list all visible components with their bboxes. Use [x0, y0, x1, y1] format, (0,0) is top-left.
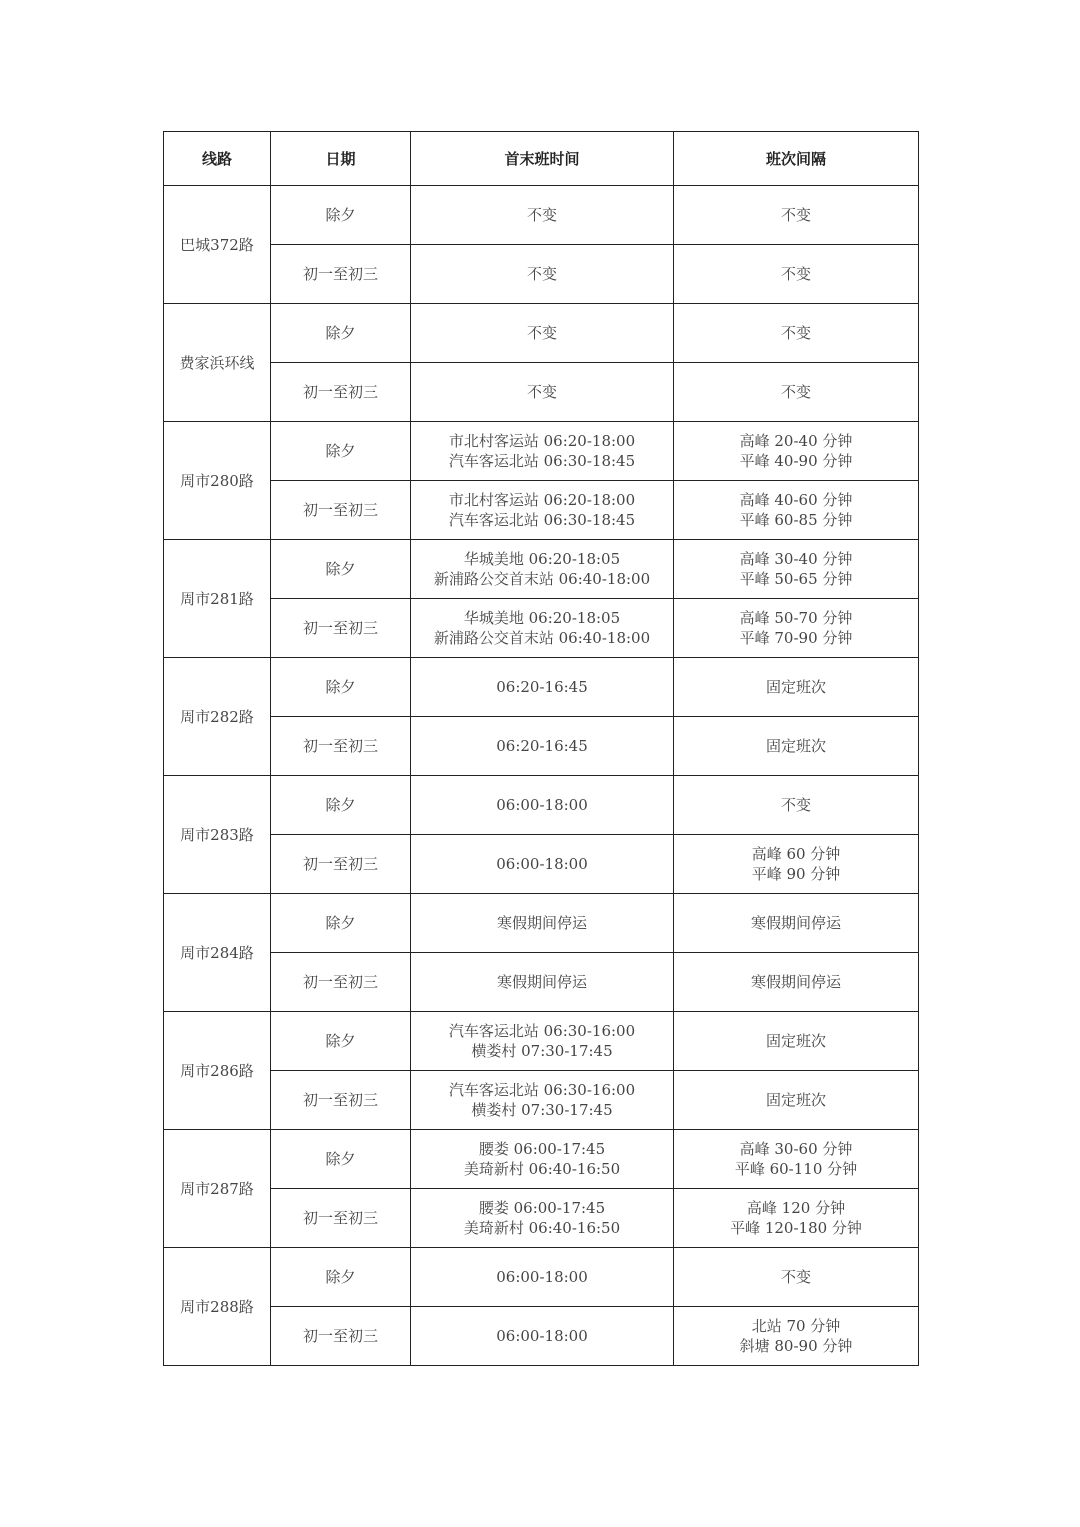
interval-line: 北站 70 分钟: [674, 1316, 918, 1336]
time-line: 不变: [411, 205, 673, 225]
interval-cell: 不变: [674, 304, 919, 363]
time-line: 市北村客运站 06:20-18:00: [411, 490, 673, 510]
time-line: 汽车客运北站 06:30-18:45: [411, 451, 673, 471]
interval-cell: 高峰 50-70 分钟平峰 70-90 分钟: [674, 599, 919, 658]
date-cell: 除夕: [271, 1012, 411, 1071]
table-row: 初一至初三不变不变: [164, 245, 919, 304]
table-row: 周市281路除夕华城美地 06:20-18:05新浦路公交首末站 06:40-1…: [164, 540, 919, 599]
time-line: 06:00-18:00: [411, 1326, 673, 1346]
first-last-time-cell: 华城美地 06:20-18:05新浦路公交首末站 06:40-18:00: [411, 599, 674, 658]
time-line: 横娄村 07:30-17:45: [411, 1041, 673, 1061]
time-line: 汽车客运北站 06:30-18:45: [411, 510, 673, 530]
first-last-time-cell: 不变: [411, 304, 674, 363]
table-row: 初一至初三汽车客运北站 06:30-16:00横娄村 07:30-17:45固定…: [164, 1071, 919, 1130]
interval-line: 固定班次: [674, 736, 918, 756]
interval-cell: 固定班次: [674, 658, 919, 717]
interval-cell: 高峰 30-40 分钟平峰 50-65 分钟: [674, 540, 919, 599]
interval-line: 平峰 70-90 分钟: [674, 628, 918, 648]
date-cell: 除夕: [271, 186, 411, 245]
time-line: 华城美地 06:20-18:05: [411, 549, 673, 569]
first-last-time-cell: 腰娄 06:00-17:45美琦新村 06:40-16:50: [411, 1130, 674, 1189]
interval-cell: 不变: [674, 245, 919, 304]
first-last-time-cell: 06:20-16:45: [411, 658, 674, 717]
route-name-cell: 周市288路: [164, 1248, 271, 1366]
interval-line: 斜塘 80-90 分钟: [674, 1336, 918, 1356]
time-line: 腰娄 06:00-17:45: [411, 1198, 673, 1218]
date-cell: 初一至初三: [271, 717, 411, 776]
table-row: 周市280路除夕市北村客运站 06:20-18:00汽车客运北站 06:30-1…: [164, 422, 919, 481]
date-cell: 初一至初三: [271, 1189, 411, 1248]
date-cell: 除夕: [271, 1248, 411, 1307]
table-row: 初一至初三寒假期间停运寒假期间停运: [164, 953, 919, 1012]
time-line: 寒假期间停运: [411, 972, 673, 992]
bus-schedule-table: 线路 日期 首末班时间 班次间隔 巴城372路除夕不变不变初一至初三不变不变费家…: [163, 131, 919, 1366]
time-line: 新浦路公交首末站 06:40-18:00: [411, 569, 673, 589]
interval-cell: 高峰 120 分钟平峰 120-180 分钟: [674, 1189, 919, 1248]
table-row: 初一至初三华城美地 06:20-18:05新浦路公交首末站 06:40-18:0…: [164, 599, 919, 658]
table-row: 周市286路除夕汽车客运北站 06:30-16:00横娄村 07:30-17:4…: [164, 1012, 919, 1071]
time-line: 寒假期间停运: [411, 913, 673, 933]
table-row: 周市283路除夕06:00-18:00不变: [164, 776, 919, 835]
time-line: 新浦路公交首末站 06:40-18:00: [411, 628, 673, 648]
table-row: 周市284路除夕寒假期间停运寒假期间停运: [164, 894, 919, 953]
interval-cell: 北站 70 分钟斜塘 80-90 分钟: [674, 1307, 919, 1366]
first-last-time-cell: 06:00-18:00: [411, 1248, 674, 1307]
first-last-time-cell: 不变: [411, 186, 674, 245]
first-last-time-cell: 寒假期间停运: [411, 894, 674, 953]
date-cell: 初一至初三: [271, 1307, 411, 1366]
date-cell: 除夕: [271, 422, 411, 481]
interval-line: 高峰 20-40 分钟: [674, 431, 918, 451]
first-last-time-cell: 腰娄 06:00-17:45美琦新村 06:40-16:50: [411, 1189, 674, 1248]
table-row: 初一至初三市北村客运站 06:20-18:00汽车客运北站 06:30-18:4…: [164, 481, 919, 540]
table-row: 初一至初三06:00-18:00高峰 60 分钟平峰 90 分钟: [164, 835, 919, 894]
interval-line: 不变: [674, 323, 918, 343]
interval-line: 平峰 60-110 分钟: [674, 1159, 918, 1179]
interval-cell: 固定班次: [674, 1071, 919, 1130]
date-cell: 除夕: [271, 658, 411, 717]
table-row: 初一至初三06:00-18:00北站 70 分钟斜塘 80-90 分钟: [164, 1307, 919, 1366]
first-last-time-cell: 不变: [411, 363, 674, 422]
route-name-cell: 周市284路: [164, 894, 271, 1012]
first-last-time-cell: 汽车客运北站 06:30-16:00横娄村 07:30-17:45: [411, 1012, 674, 1071]
interval-line: 平峰 60-85 分钟: [674, 510, 918, 530]
route-name-cell: 周市282路: [164, 658, 271, 776]
interval-line: 平峰 50-65 分钟: [674, 569, 918, 589]
interval-cell: 寒假期间停运: [674, 953, 919, 1012]
interval-line: 不变: [674, 382, 918, 402]
interval-line: 平峰 90 分钟: [674, 864, 918, 884]
route-name-cell: 周市287路: [164, 1130, 271, 1248]
interval-line: 高峰 60 分钟: [674, 844, 918, 864]
first-last-time-cell: 汽车客运北站 06:30-16:00横娄村 07:30-17:45: [411, 1071, 674, 1130]
first-last-time-cell: 06:00-18:00: [411, 1307, 674, 1366]
table-row: 周市282路除夕06:20-16:45固定班次: [164, 658, 919, 717]
route-name-cell: 周市281路: [164, 540, 271, 658]
date-cell: 初一至初三: [271, 599, 411, 658]
interval-cell: 不变: [674, 186, 919, 245]
interval-cell: 不变: [674, 1248, 919, 1307]
interval-line: 不变: [674, 264, 918, 284]
first-last-time-cell: 市北村客运站 06:20-18:00汽车客运北站 06:30-18:45: [411, 481, 674, 540]
time-line: 汽车客运北站 06:30-16:00: [411, 1021, 673, 1041]
date-cell: 初一至初三: [271, 481, 411, 540]
route-name-cell: 周市286路: [164, 1012, 271, 1130]
first-last-time-cell: 06:00-18:00: [411, 835, 674, 894]
interval-line: 高峰 120 分钟: [674, 1198, 918, 1218]
header-date: 日期: [271, 132, 411, 186]
time-line: 华城美地 06:20-18:05: [411, 608, 673, 628]
interval-line: 不变: [674, 205, 918, 225]
interval-line: 固定班次: [674, 1031, 918, 1051]
interval-line: 寒假期间停运: [674, 913, 918, 933]
date-cell: 初一至初三: [271, 953, 411, 1012]
interval-cell: 固定班次: [674, 717, 919, 776]
interval-cell: 不变: [674, 776, 919, 835]
table-header: 线路 日期 首末班时间 班次间隔: [164, 132, 919, 186]
interval-line: 高峰 40-60 分钟: [674, 490, 918, 510]
interval-line: 高峰 30-60 分钟: [674, 1139, 918, 1159]
interval-cell: 高峰 30-60 分钟平峰 60-110 分钟: [674, 1130, 919, 1189]
table-row: 初一至初三腰娄 06:00-17:45美琦新村 06:40-16:50高峰 12…: [164, 1189, 919, 1248]
interval-line: 高峰 50-70 分钟: [674, 608, 918, 628]
route-name-cell: 周市283路: [164, 776, 271, 894]
date-cell: 初一至初三: [271, 245, 411, 304]
first-last-time-cell: 06:00-18:00: [411, 776, 674, 835]
first-last-time-cell: 华城美地 06:20-18:05新浦路公交首末站 06:40-18:00: [411, 540, 674, 599]
time-line: 美琦新村 06:40-16:50: [411, 1159, 673, 1179]
time-line: 06:20-16:45: [411, 677, 673, 697]
time-line: 06:20-16:45: [411, 736, 673, 756]
time-line: 不变: [411, 323, 673, 343]
header-interval: 班次间隔: [674, 132, 919, 186]
header-row: 线路 日期 首末班时间 班次间隔: [164, 132, 919, 186]
date-cell: 初一至初三: [271, 835, 411, 894]
first-last-time-cell: 06:20-16:45: [411, 717, 674, 776]
time-line: 美琦新村 06:40-16:50: [411, 1218, 673, 1238]
time-line: 06:00-18:00: [411, 854, 673, 874]
table-row: 周市288路除夕06:00-18:00不变: [164, 1248, 919, 1307]
interval-line: 不变: [674, 1267, 918, 1287]
table-row: 初一至初三不变不变: [164, 363, 919, 422]
table-row: 费家浜环线除夕不变不变: [164, 304, 919, 363]
route-name-cell: 周市280路: [164, 422, 271, 540]
interval-cell: 不变: [674, 363, 919, 422]
interval-line: 固定班次: [674, 677, 918, 697]
table-body: 巴城372路除夕不变不变初一至初三不变不变费家浜环线除夕不变不变初一至初三不变不…: [164, 186, 919, 1366]
date-cell: 除夕: [271, 776, 411, 835]
interval-line: 固定班次: [674, 1090, 918, 1110]
interval-line: 寒假期间停运: [674, 972, 918, 992]
time-line: 汽车客运北站 06:30-16:00: [411, 1080, 673, 1100]
first-last-time-cell: 市北村客运站 06:20-18:00汽车客运北站 06:30-18:45: [411, 422, 674, 481]
interval-cell: 寒假期间停运: [674, 894, 919, 953]
time-line: 06:00-18:00: [411, 795, 673, 815]
time-line: 腰娄 06:00-17:45: [411, 1139, 673, 1159]
interval-line: 平峰 40-90 分钟: [674, 451, 918, 471]
interval-line: 不变: [674, 795, 918, 815]
interval-cell: 固定班次: [674, 1012, 919, 1071]
date-cell: 除夕: [271, 540, 411, 599]
interval-line: 高峰 30-40 分钟: [674, 549, 918, 569]
table-row: 周市287路除夕腰娄 06:00-17:45美琦新村 06:40-16:50高峰…: [164, 1130, 919, 1189]
header-first-last-time: 首末班时间: [411, 132, 674, 186]
table-row: 巴城372路除夕不变不变: [164, 186, 919, 245]
time-line: 不变: [411, 264, 673, 284]
first-last-time-cell: 寒假期间停运: [411, 953, 674, 1012]
header-route: 线路: [164, 132, 271, 186]
route-name-cell: 巴城372路: [164, 186, 271, 304]
time-line: 横娄村 07:30-17:45: [411, 1100, 673, 1120]
time-line: 06:00-18:00: [411, 1267, 673, 1287]
interval-line: 平峰 120-180 分钟: [674, 1218, 918, 1238]
interval-cell: 高峰 40-60 分钟平峰 60-85 分钟: [674, 481, 919, 540]
interval-cell: 高峰 60 分钟平峰 90 分钟: [674, 835, 919, 894]
date-cell: 除夕: [271, 1130, 411, 1189]
route-name-cell: 费家浜环线: [164, 304, 271, 422]
first-last-time-cell: 不变: [411, 245, 674, 304]
time-line: 市北村客运站 06:20-18:00: [411, 431, 673, 451]
table-row: 初一至初三06:20-16:45固定班次: [164, 717, 919, 776]
date-cell: 除夕: [271, 304, 411, 363]
date-cell: 除夕: [271, 894, 411, 953]
interval-cell: 高峰 20-40 分钟平峰 40-90 分钟: [674, 422, 919, 481]
date-cell: 初一至初三: [271, 363, 411, 422]
time-line: 不变: [411, 382, 673, 402]
date-cell: 初一至初三: [271, 1071, 411, 1130]
